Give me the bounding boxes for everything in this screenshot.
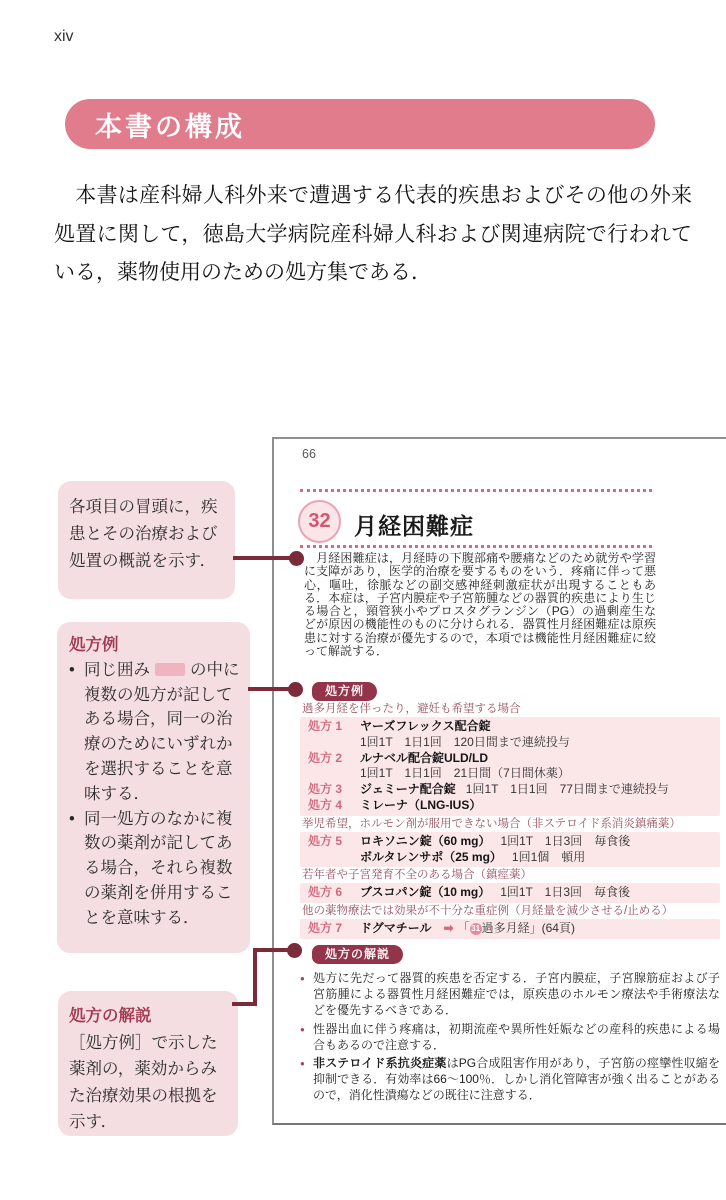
rx-condition-3: 若年者や子宮発育不全のある場合（鎮痙薬） [302, 868, 720, 883]
connector-dot-rx [288, 682, 303, 697]
explanation-item-2: ● 性器出血に伴う疼痛は，初期流産や異所性妊娠などの産科的疾患による場合もあるの… [300, 1021, 720, 1053]
drug-name: ミレーナ（LNG-IUS） [360, 798, 481, 812]
ref-open-quote: 「 [458, 921, 470, 935]
callout-rx-bullet1-post: の中に複数の処方が記してある場合，同一の治療のためにいずれかを選択することを意味… [84, 661, 240, 803]
drug-name: ロキソニン錠（60 mg） [360, 834, 490, 848]
rx-block-1: 処方 1 ヤーズフレックス配合錠1回1T 1日1回 120日間まで連続投与 処方… [300, 717, 720, 816]
rx-condition-2: 挙児希望，ホルモン剤が服用できない場合（非ステロイド系消炎鎮痛薬） [302, 817, 720, 832]
section-number: 32 [308, 510, 330, 533]
rx-explanation-badge: 処方の解説 [312, 945, 403, 964]
disease-overview-text: 月経困難症は，月経時の下腹部痛や腰痛などのため就労や学習に支障があり，医学的治療… [304, 552, 656, 658]
bullet-icon: ● [300, 1021, 313, 1053]
intro-paragraph: 本書は産科婦人科外来で遭遇する代表的疾患およびその他の外来処置に関して，徳島大学… [54, 176, 692, 292]
callout-rx-title: 処方例 [69, 633, 241, 658]
rx-label-3: 処方 3 [308, 782, 360, 798]
sample-page: 66 32 月経困難症 月経困難症は，月経時の下腹部痛や腰痛などのため就労や学習… [272, 437, 726, 1125]
rx-row-4: 処方 4 ミレーナ（LNG-IUS） [308, 798, 714, 814]
rx-label-5: 処方 5 [308, 834, 360, 866]
callout-explanation: 処方の解説 ［処方例］で示した薬剤の，薬効からみた治療効果の根拠を示す． [58, 991, 238, 1136]
connector-dot-overview [289, 551, 304, 566]
section-number-circle: 32 [298, 500, 341, 543]
dose-line: 1回1T 1日1回 21日間（7日間休薬） [360, 766, 570, 780]
drug-name: ボルタレンサポ（25 mg） [360, 850, 502, 864]
rx-row-7: 処方 7 ドグマチール➡「31過多月経」(64頁) [308, 921, 714, 937]
bullet-icon: ● [300, 1055, 313, 1104]
bullet-icon: • [69, 807, 84, 931]
explanation-item-3: ● 非ステロイド系抗炎症薬はPG合成阻害作用があり，子宮筋の痙攣性収縮を抑制でき… [300, 1055, 720, 1104]
rx-label-7: 処方 7 [308, 921, 360, 937]
callout-rx-bullet1-pre: 同じ囲み [84, 661, 150, 679]
section-ref-icon: 31 [470, 923, 482, 935]
rx-box-swatch [155, 663, 185, 676]
rx-row-5: 処方 5 ロキソニン錠（60 mg）1回1T 1日3回 毎食後ボルタレンサポ（2… [308, 834, 714, 866]
explanation-bold-lead: 非ステロイド系抗炎症薬 [313, 1056, 447, 1070]
chapter-banner: 本書の構成 [65, 99, 655, 149]
rx-row-3: 処方 3 ジェミーナ配合錠1回1T 1日1回 77日間まで連続投与 [308, 782, 714, 798]
callout-explanation-title: 処方の解説 [69, 1003, 227, 1030]
rx-label-4: 処方 4 [308, 798, 360, 814]
ref-text: 過多月経」(64頁) [482, 921, 575, 935]
ref-arrow-icon: ➡ [444, 921, 454, 935]
callout-rx-examples: 処方例 • 同じ囲みの中に複数の処方が記してある場合，同一の治療のためにいずれか… [57, 622, 250, 953]
drug-name: ドグマチール [360, 921, 432, 935]
page-folio: xiv [54, 28, 74, 46]
callout-rx-bullet-2: • 同一処方のなかに複数の薬剤が記してある場合，それら複数の薬剤を併用することを… [69, 807, 241, 931]
rx-label-6: 処方 6 [308, 885, 360, 901]
rx-examples-badge: 処方例 [312, 682, 377, 701]
rx-row-2: 処方 2 ルナベル配合錠ULD/LD1回1T 1日1回 21日間（7日間休薬） [308, 751, 714, 783]
dose-line: 1回1個 頓用 [512, 850, 585, 864]
rx-row-6: 処方 6 ブスコパン錠（10 mg）1回1T 1日3回 毎食後 [308, 885, 714, 901]
dose-line: 1回1T 1日3回 毎食後 [500, 885, 630, 899]
callout-explanation-text: ［処方例］で示した薬剤の，薬効からみた治療効果の根拠を示す． [69, 1030, 227, 1136]
explanation-text-1: 処方に先だって器質的疾患を否定する．子宮内膜症，子宮腺筋症および子宮筋腫による器… [313, 970, 720, 1019]
dose-line: 1回1T 1日1回 77日間まで連続投与 [466, 782, 669, 796]
drug-name: ヤーズフレックス配合錠 [360, 719, 491, 733]
rx-block-2: 処方 5 ロキソニン錠（60 mg）1回1T 1日3回 毎食後ボルタレンサポ（2… [300, 832, 720, 868]
rx-row-1: 処方 1 ヤーズフレックス配合錠1回1T 1日1回 120日間まで連続投与 [308, 719, 714, 751]
explanation-text-2: 性器出血に伴う疼痛は，初期流産や異所性妊娠などの産科的疾患による場合もあるので注… [313, 1021, 720, 1053]
connector-dot-explanation [287, 943, 302, 958]
bullet-icon: ● [300, 970, 313, 1019]
chapter-banner-title: 本書の構成 [65, 105, 245, 144]
prescription-section: 処方例 過多月経を伴ったり，避妊も希望する場合 処方 1 ヤーズフレックス配合錠… [300, 682, 720, 1104]
connector-line-explanation-vertical [253, 948, 257, 1006]
book-page: xiv 本書の構成 本書は産科婦人科外来で遭遇する代表的疾患およびその他の外来処… [0, 0, 726, 1200]
rx-block-4: 処方 7 ドグマチール➡「31過多月経」(64頁) [300, 919, 720, 939]
callout-overview-text: 各項目の冒頭に，疾患とその治療および処置の概説を示す． [69, 498, 218, 570]
dose-line: 1回1T 1日1回 120日間まで連続投与 [360, 735, 570, 749]
rx-label-1: 処方 1 [308, 719, 360, 751]
drug-name: ブスコパン錠（10 mg） [360, 885, 490, 899]
drug-name: ルナベル配合錠ULD/LD [360, 751, 488, 765]
explanation-text-3: 非ステロイド系抗炎症薬はPG合成阻害作用があり，子宮筋の痙攣性収縮を抑制できる．… [313, 1055, 720, 1104]
section-title: 月経困難症 [354, 508, 474, 541]
explanation-item-1: ● 処方に先だって器質的疾患を否定する．子宮内膜症，子宮腺筋症および子宮筋腫によ… [300, 970, 720, 1019]
rx-condition-1: 過多月経を伴ったり，避妊も希望する場合 [302, 702, 720, 717]
dose-line: 1回1T 1日3回 毎食後 [500, 834, 630, 848]
callout-rx-bullet2-text: 同一処方のなかに複数の薬剤が記してある場合，それら複数の薬剤を併用することを意味… [84, 807, 241, 931]
dotted-rule-bottom [300, 545, 652, 548]
rx-block-3: 処方 6 ブスコパン錠（10 mg）1回1T 1日3回 毎食後 [300, 883, 720, 903]
bullet-icon: • [69, 658, 84, 807]
callout-overview: 各項目の冒頭に，疾患とその治療および処置の概説を示す． [58, 481, 235, 599]
drug-name: ジェミーナ配合錠 [360, 782, 456, 796]
sample-page-number: 66 [302, 447, 316, 461]
rx-label-2: 処方 2 [308, 751, 360, 783]
callout-rx-bullet-1: • 同じ囲みの中に複数の処方が記してある場合，同一の治療のためにいずれかを選択す… [69, 658, 241, 807]
rx-condition-4: 他の薬物療法では効果が不十分な重症例（月経量を減少させる/止める） [302, 904, 720, 919]
dotted-rule-top [300, 489, 652, 492]
